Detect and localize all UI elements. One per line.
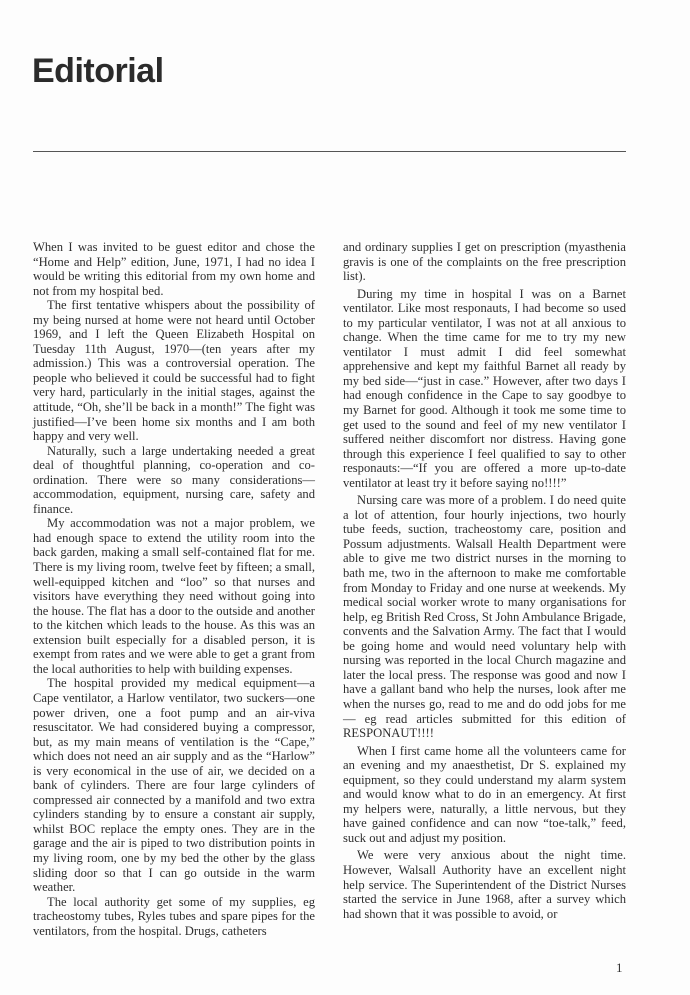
page-number: 1 — [616, 960, 623, 976]
article-column-right: and ordinary supplies I get on prescript… — [343, 240, 626, 921]
paragraph: and ordinary supplies I get on prescript… — [343, 240, 626, 284]
paragraph: When I first came home all the volunteer… — [343, 744, 626, 846]
paragraph: The hospital provided my medical equipme… — [33, 676, 315, 894]
paragraph: Naturally, such a large undertaking need… — [33, 444, 315, 517]
paragraph: During my time in hospital I was on a Ba… — [343, 287, 626, 491]
paragraph: Nursing care was more of a problem. I do… — [343, 493, 626, 740]
title-divider — [33, 151, 626, 152]
paragraph: My accommodation was not a major problem… — [33, 516, 315, 676]
paragraph: When I was invited to be guest editor an… — [33, 240, 315, 298]
paragraph: We were very anxious about the night tim… — [343, 848, 626, 921]
page-title: Editorial — [32, 54, 164, 88]
article-column-left: When I was invited to be guest editor an… — [33, 240, 315, 938]
paragraph: The first tentative whispers about the p… — [33, 298, 315, 443]
paragraph: The local authority get some of my suppl… — [33, 895, 315, 939]
